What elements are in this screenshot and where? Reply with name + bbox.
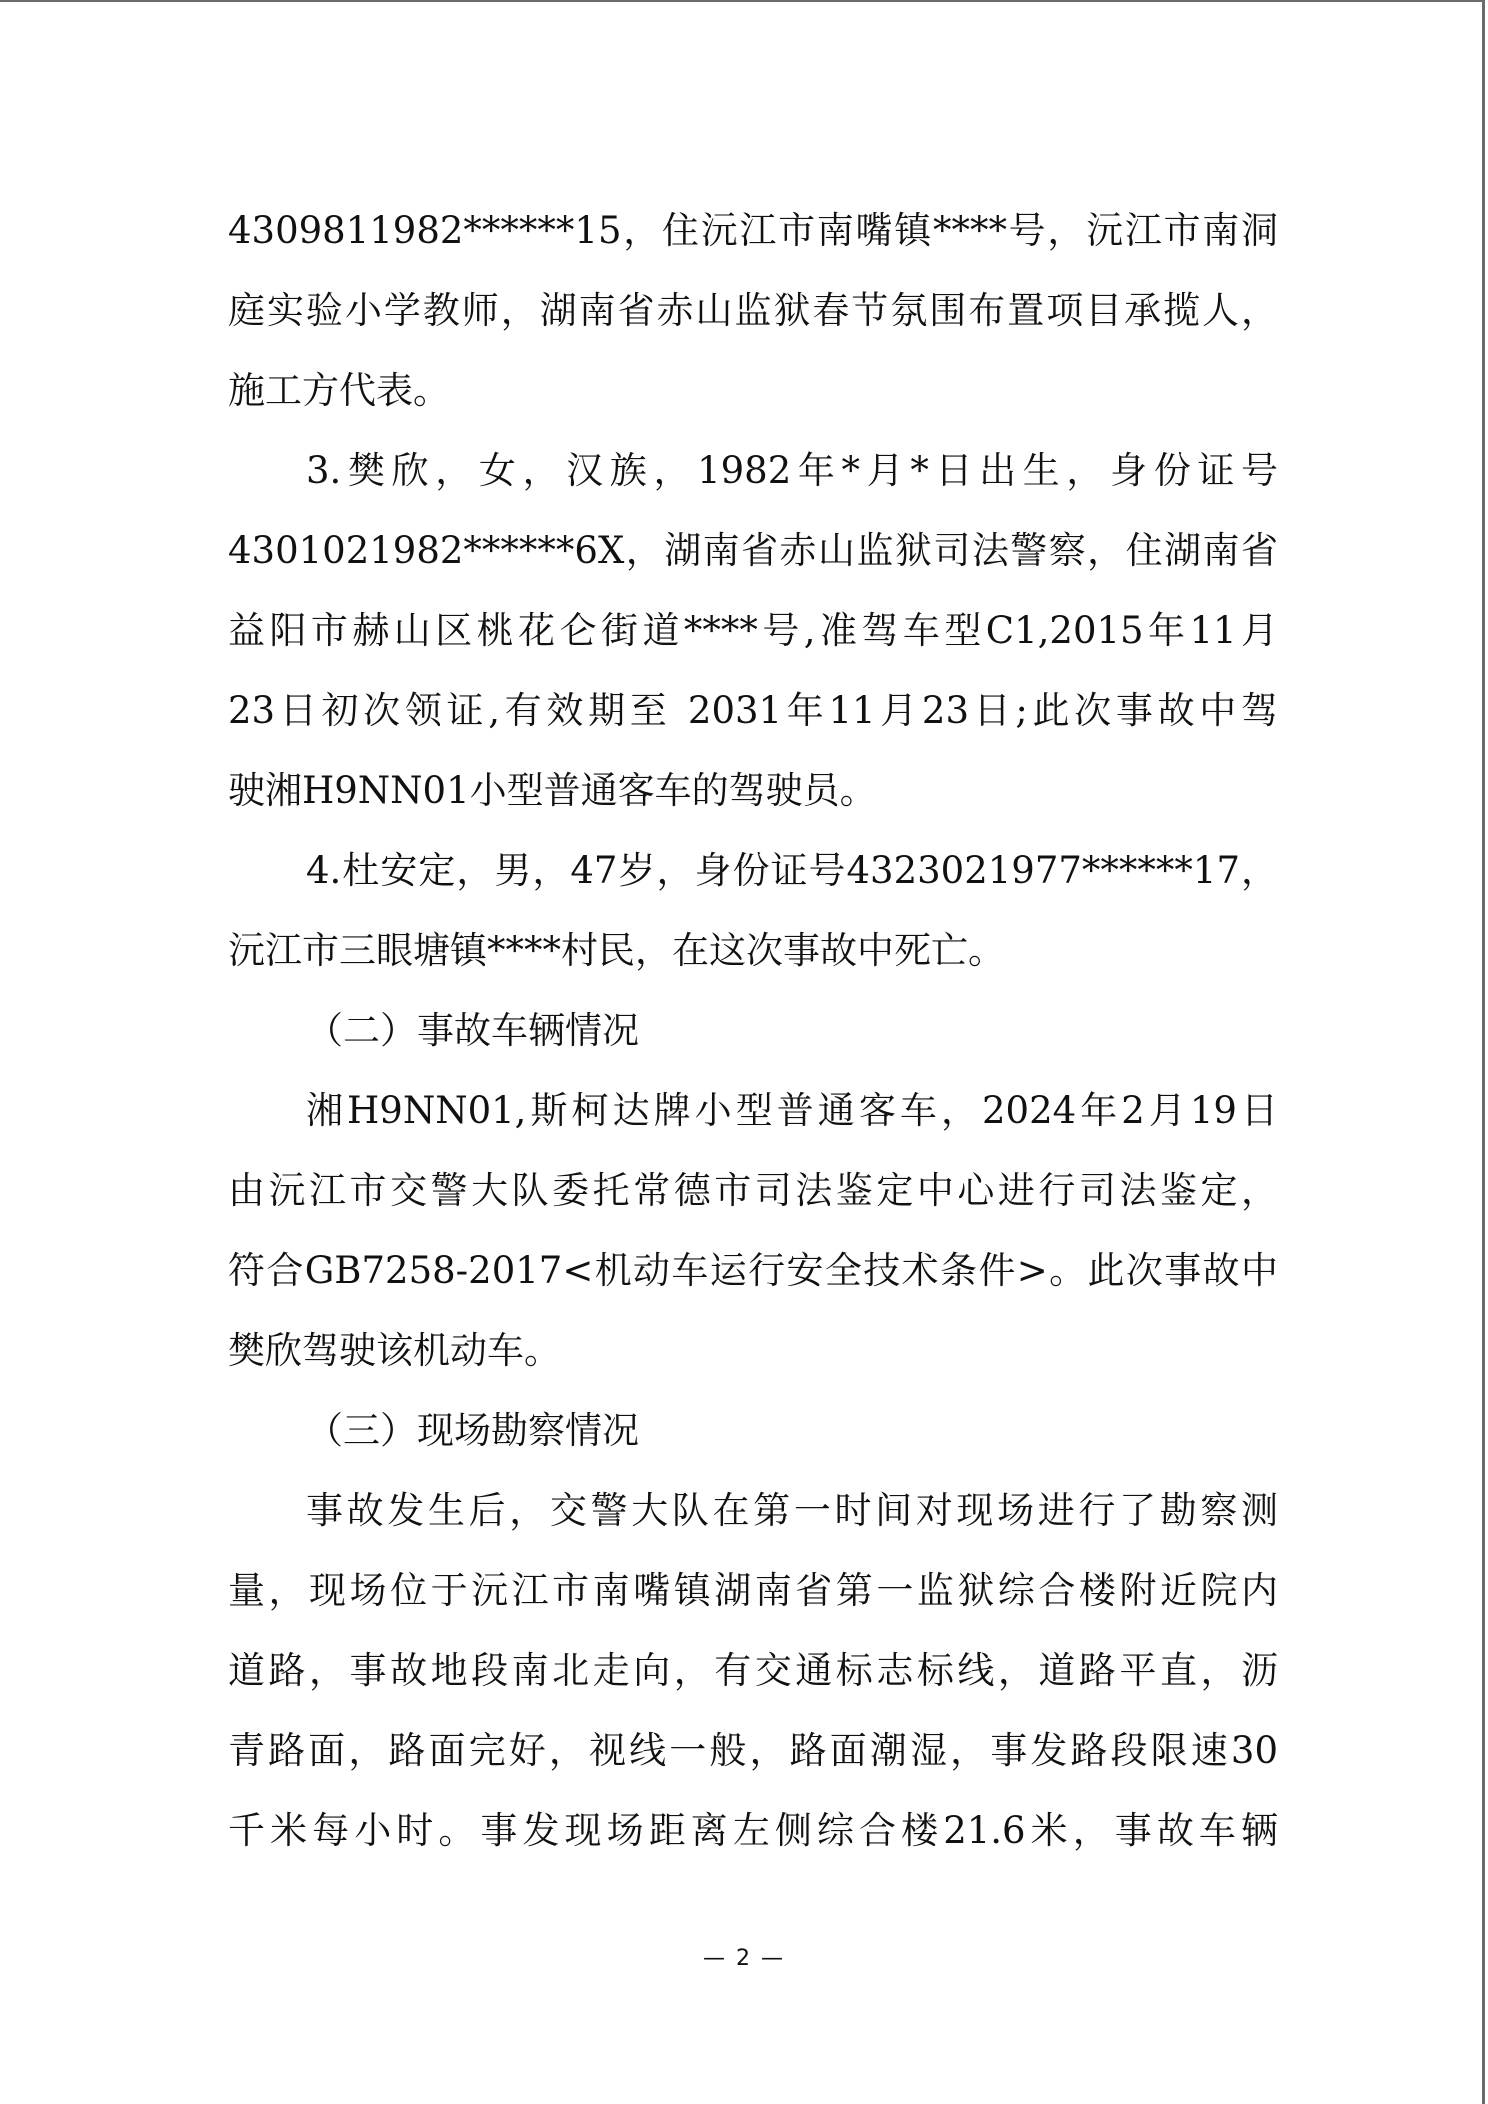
section-heading-scene: （三）现场勘察情况 xyxy=(228,1391,1278,1471)
paragraph-line: 道路，事故地段南北走向，有交通标志标线，道路平直，沥 xyxy=(228,1631,1278,1711)
paragraph-line: 量，现场位于沅江市南嘴镇湖南省第一监狱综合楼附近院内 xyxy=(228,1551,1278,1631)
paragraph-line-person-3: 3.樊欣，女，汉族，1982年*月*日出生，身份证号 xyxy=(228,431,1278,511)
paragraph-line: 4301021982******6X，湖南省赤山监狱司法警察，住湖南省 xyxy=(228,511,1278,591)
paragraph-line: 施工方代表。 xyxy=(228,351,1278,431)
paragraph-line: 23日初次领证,有效期至 2031年11月23日;此次事故中驾 xyxy=(228,671,1278,751)
paragraph-line-person-4: 4.杜安定，男，47岁，身份证号4323021977******17， xyxy=(228,831,1278,911)
paragraph-line: 4309811982******15，住沅江市南嘴镇****号，沅江市南洞 xyxy=(228,191,1278,271)
paragraph-line-vehicle: 湘H9NN01,斯柯达牌小型普通客车，2024年2月19日 xyxy=(228,1071,1278,1151)
paragraph-line: 益阳市赫山区桃花仑街道****号,准驾车型C1,2015年11月 xyxy=(228,591,1278,671)
paragraph-line: 符合GB7258-2017<机动车运行安全技术条件>。此次事故中 xyxy=(228,1231,1278,1311)
document-page: 4309811982******15，住沅江市南嘴镇****号，沅江市南洞 庭实… xyxy=(0,0,1485,2104)
document-body: 4309811982******15，住沅江市南嘴镇****号，沅江市南洞 庭实… xyxy=(228,191,1278,1871)
paragraph-line: 青路面，路面完好，视线一般，路面潮湿，事发路段限速30 xyxy=(228,1711,1278,1791)
paragraph-line: 驶湘H9NN01小型普通客车的驾驶员。 xyxy=(228,751,1278,831)
page-number: — 2 — xyxy=(0,1946,1488,1971)
paragraph-line: 樊欣驾驶该机动车。 xyxy=(228,1311,1278,1391)
paragraph-line: 千米每小时。事发现场距离左侧综合楼21.6米，事故车辆 xyxy=(228,1791,1278,1871)
paragraph-line: 庭实验小学教师，湖南省赤山监狱春节氛围布置项目承揽人， xyxy=(228,271,1278,351)
paragraph-line: 沅江市三眼塘镇****村民，在这次事故中死亡。 xyxy=(228,911,1278,991)
paragraph-line: 由沅江市交警大队委托常德市司法鉴定中心进行司法鉴定， xyxy=(228,1151,1278,1231)
paragraph-line-scene: 事故发生后，交警大队在第一时间对现场进行了勘察测 xyxy=(228,1471,1278,1551)
section-heading-vehicle: （二）事故车辆情况 xyxy=(228,991,1278,1071)
